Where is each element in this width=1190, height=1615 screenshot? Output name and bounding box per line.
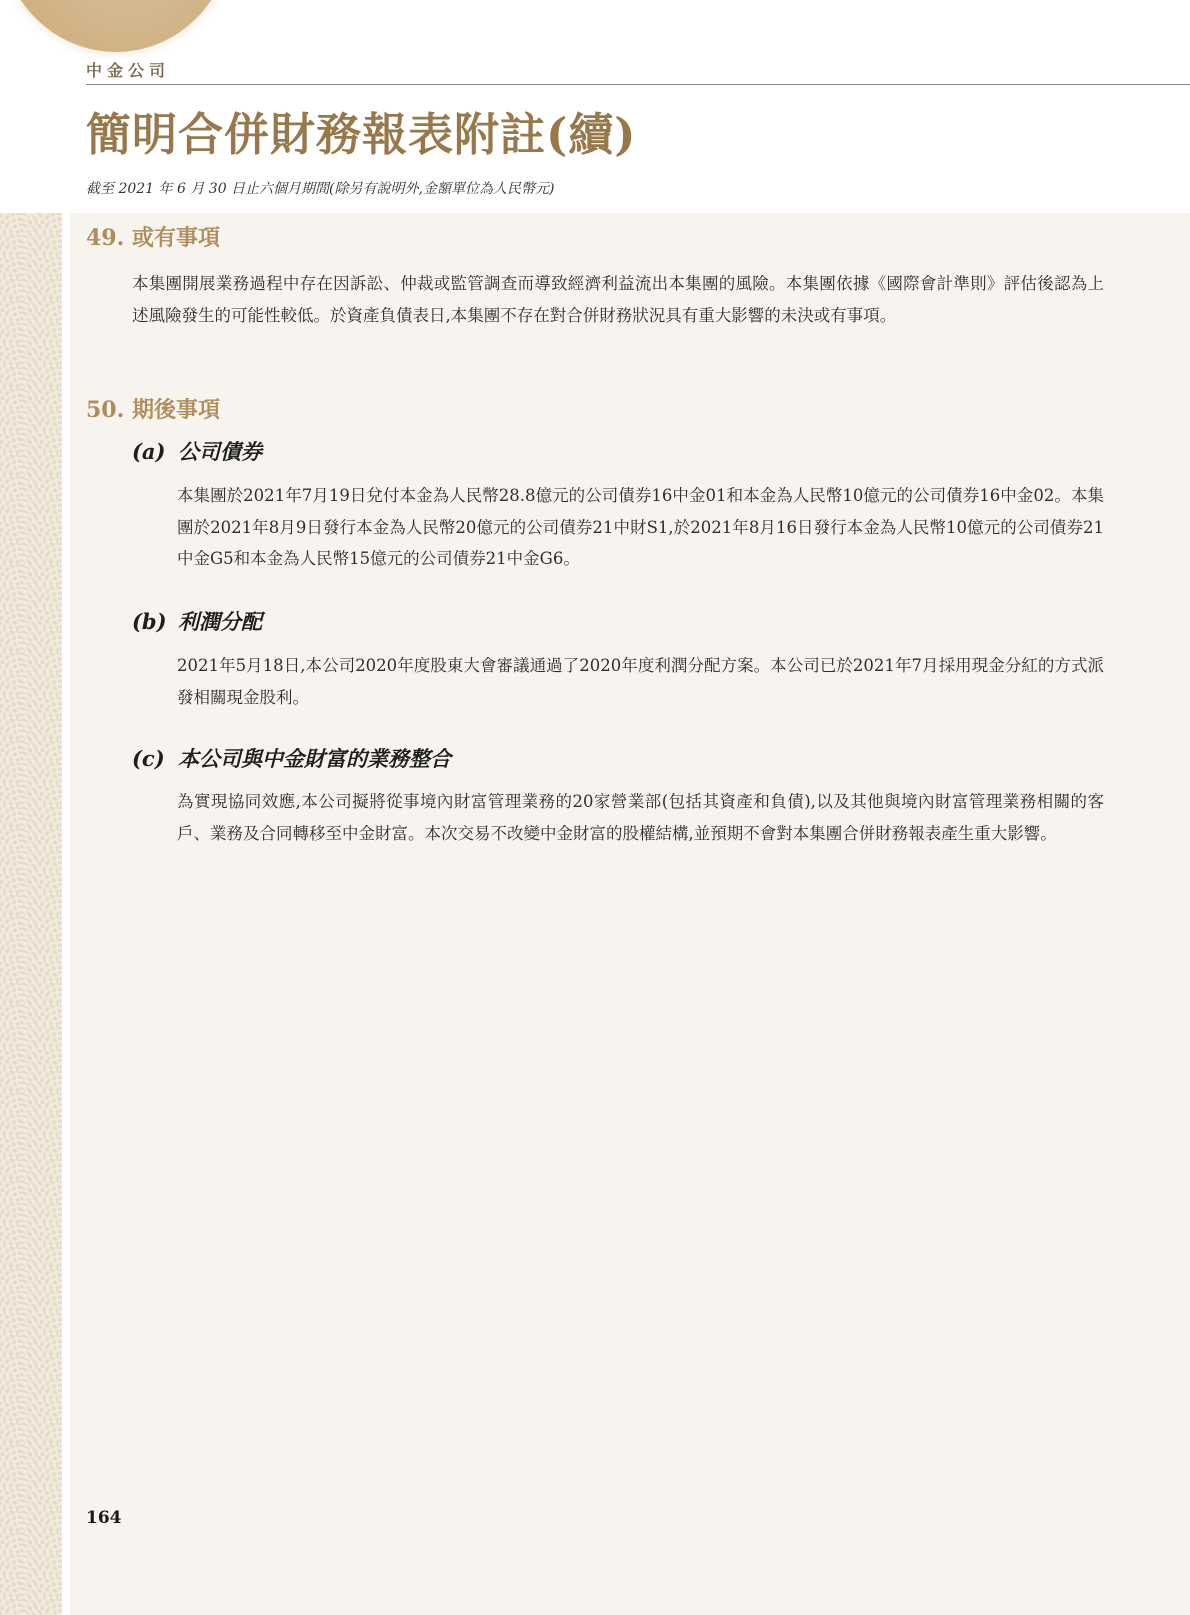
page-subtitle: 截至 2021 年 6 月 30 日止六個月期間(除另有說明外,金額單位為人民幣… [86, 178, 554, 198]
subsection-heading-a: (a)公司債券 [132, 436, 262, 466]
subsection-a-body: 本集團於2021年7月19日兌付本金為人民幣28.8億元的公司債券16中金01和… [177, 480, 1104, 575]
subsection-letter: (a) [132, 439, 178, 464]
subsection-c-body: 為實現協同效應,本公司擬將從事境內財富管理業務的20家營業部(包括其資產和負債)… [177, 786, 1104, 849]
header-divider [86, 84, 1190, 85]
subsection-heading-b: (b)利潤分配 [132, 606, 262, 636]
company-name: 中金公司 [86, 58, 170, 81]
subsection-letter: (c) [132, 746, 178, 771]
section-number: 49. [86, 225, 132, 251]
page-number: 164 [86, 1508, 122, 1528]
page-title: 簡明合併財務報表附註(續) [86, 106, 637, 164]
content-panel [70, 213, 1190, 1615]
section-number: 50. [86, 397, 132, 423]
wave-pattern-strip [0, 213, 62, 1615]
subsection-heading-c: (c)本公司與中金財富的業務整合 [132, 743, 451, 773]
subsection-title: 利潤分配 [178, 609, 262, 634]
subsection-letter: (b) [132, 609, 178, 634]
subsection-title: 本公司與中金財富的業務整合 [178, 746, 451, 771]
section-title: 或有事項 [132, 225, 220, 251]
section-49-body: 本集團開展業務過程中存在因訴訟、仲裁或監管調查而導致經濟利益流出本集團的風險。本… [132, 268, 1104, 331]
section-title: 期後事項 [132, 397, 220, 423]
subsection-title: 公司債券 [178, 439, 262, 464]
section-heading-50: 50.期後事項 [86, 393, 220, 424]
subsection-b-body: 2021年5月18日,本公司2020年度股東大會審議通過了2020年度利潤分配方… [177, 650, 1104, 713]
decorative-medallion [0, 0, 232, 52]
section-heading-49: 49.或有事項 [86, 221, 220, 252]
